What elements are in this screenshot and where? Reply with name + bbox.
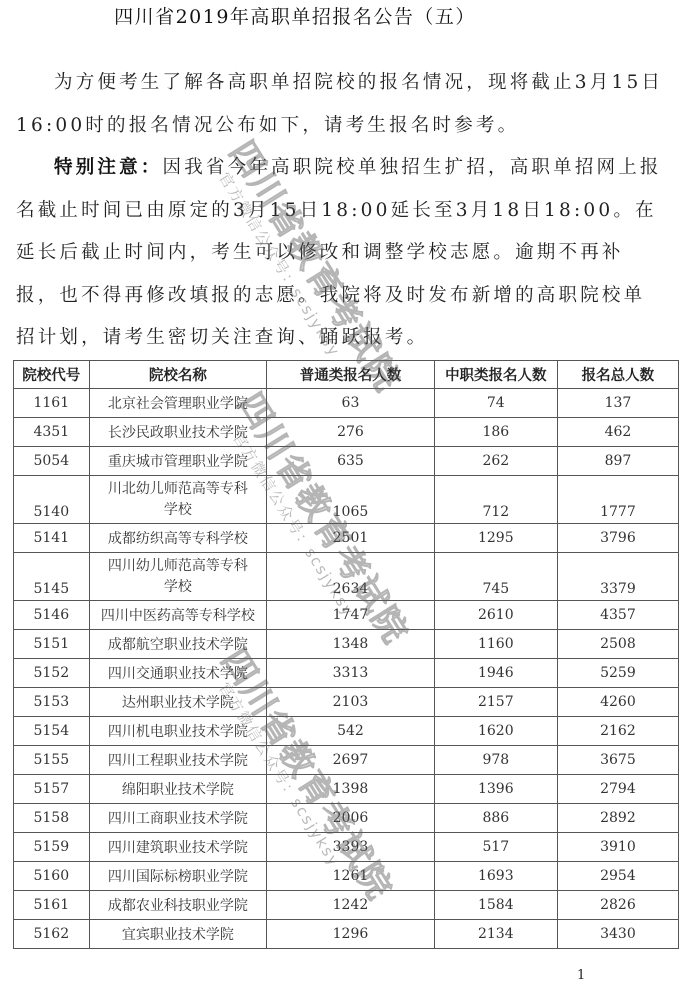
school-name-cell: 成都纺织高等专科学校 (89, 524, 267, 553)
general-count-cell: 1065 (267, 476, 435, 524)
total-count-cell: 137 (557, 389, 678, 418)
school-code-cell: 5160 (14, 862, 90, 891)
general-count-cell: 2006 (267, 804, 435, 833)
school-name-cell: 四川机电职业技术学院 (89, 717, 267, 746)
school-name-cell: 北京社会管理职业学院 (89, 389, 267, 418)
general-count-cell: 1398 (267, 775, 435, 804)
total-count-cell: 897 (557, 447, 678, 476)
table-row: 5153达州职业技术学院210321574260 (14, 688, 679, 717)
school-name-cell: 宜宾职业技术学院 (89, 920, 267, 949)
vocational-count-cell: 1160 (434, 630, 557, 659)
table-row: 5054重庆城市管理职业学院635262897 (14, 447, 679, 476)
school-code-cell: 5141 (14, 524, 90, 553)
vocational-count-cell: 2157 (434, 688, 557, 717)
school-code-cell: 5140 (14, 476, 90, 524)
general-count-cell: 3313 (267, 659, 435, 688)
document-title: 四川省2019年高职单招报名公告（五） (0, 4, 590, 30)
total-count-cell: 2162 (557, 717, 678, 746)
school-name-cell: 绵阳职业技术学院 (89, 775, 267, 804)
intro-paragraph: 为方便考生了解各高职单招院校的报名情况，现将截止3月15日16:00时的报名情况… (16, 62, 666, 147)
vocational-count-cell: 1946 (434, 659, 557, 688)
school-code-cell: 5151 (14, 630, 90, 659)
school-name-cell: 成都农业科技职业学院 (89, 891, 267, 920)
table-row: 1161北京社会管理职业学院6374137 (14, 389, 679, 418)
school-code-cell: 4351 (14, 418, 90, 447)
vocational-count-cell: 1620 (434, 717, 557, 746)
school-code-cell: 5159 (14, 833, 90, 862)
total-count-cell: 2508 (557, 630, 678, 659)
school-code-cell: 5154 (14, 717, 90, 746)
school-name-cell: 四川建筑职业技术学院 (89, 833, 267, 862)
special-notice-label: 特别注意： (54, 157, 163, 178)
table-row: 5145四川幼儿师范高等专科学校26347453379 (14, 553, 679, 601)
table-row: 5140川北幼儿师范高等专科学校10657121777 (14, 476, 679, 524)
total-count-cell: 2794 (557, 775, 678, 804)
general-count-cell: 1747 (267, 601, 435, 630)
total-count-cell: 4260 (557, 688, 678, 717)
school-name-cell: 成都航空职业技术学院 (89, 630, 267, 659)
header-vocational-count: 中职类报名人数 (434, 361, 557, 389)
school-name-cell: 川北幼儿师范高等专科学校 (89, 476, 267, 524)
general-count-cell: 1348 (267, 630, 435, 659)
school-code-cell: 5153 (14, 688, 90, 717)
general-count-cell: 635 (267, 447, 435, 476)
total-count-cell: 3379 (557, 553, 678, 601)
table-row: 5159四川建筑职业技术学院33935173910 (14, 833, 679, 862)
header-school-code: 院校代号 (14, 361, 90, 389)
school-code-cell: 5158 (14, 804, 90, 833)
header-general-count: 普通类报名人数 (267, 361, 435, 389)
vocational-count-cell: 886 (434, 804, 557, 833)
vocational-count-cell: 186 (434, 418, 557, 447)
table-row: 5146四川中医药高等专科学校174726104357 (14, 601, 679, 630)
general-count-cell: 2103 (267, 688, 435, 717)
general-count-cell: 1296 (267, 920, 435, 949)
school-code-cell: 5146 (14, 601, 90, 630)
total-count-cell: 1777 (557, 476, 678, 524)
special-notice-text: 因我省今年高职院校单独招生扩招，高职单招网上报名截止时间已由原定的3月15日18… (16, 157, 662, 348)
school-name-cell: 四川工程职业技术学院 (89, 746, 267, 775)
vocational-count-cell: 745 (434, 553, 557, 601)
school-name-cell: 四川中医药高等专科学校 (89, 601, 267, 630)
general-count-cell: 3393 (267, 833, 435, 862)
table-row: 5141成都纺织高等专科学校250112953796 (14, 524, 679, 553)
school-code-cell: 5155 (14, 746, 90, 775)
table-row: 5151成都航空职业技术学院134811602508 (14, 630, 679, 659)
school-name-cell: 四川交通职业技术学院 (89, 659, 267, 688)
table-row: 5158四川工商职业技术学院20068862892 (14, 804, 679, 833)
table-row: 4351长沙民政职业技术学院276186462 (14, 418, 679, 447)
general-count-cell: 1242 (267, 891, 435, 920)
school-name-cell: 重庆城市管理职业学院 (89, 447, 267, 476)
total-count-cell: 2954 (557, 862, 678, 891)
table-header-row: 院校代号 院校名称 普通类报名人数 中职类报名人数 报名总人数 (14, 361, 679, 389)
vocational-count-cell: 1693 (434, 862, 557, 891)
table-row: 5155四川工程职业技术学院26979783675 (14, 746, 679, 775)
general-count-cell: 2501 (267, 524, 435, 553)
general-count-cell: 2697 (267, 746, 435, 775)
table-row: 5161成都农业科技职业学院124215842826 (14, 891, 679, 920)
vocational-count-cell: 2134 (434, 920, 557, 949)
general-count-cell: 1261 (267, 862, 435, 891)
table-row: 5157绵阳职业技术学院139813962794 (14, 775, 679, 804)
vocational-count-cell: 262 (434, 447, 557, 476)
page-number: 1 (577, 968, 585, 983)
announcement-body: 为方便考生了解各高职单招院校的报名情况，现将截止3月15日16:00时的报名情况… (16, 62, 666, 360)
school-name-cell: 达州职业技术学院 (89, 688, 267, 717)
table-row: 5160四川国际标榜职业学院126116932954 (14, 862, 679, 891)
vocational-count-cell: 517 (434, 833, 557, 862)
general-count-cell: 63 (267, 389, 435, 418)
school-name-cell: 长沙民政职业技术学院 (89, 418, 267, 447)
special-notice-paragraph: 特别注意：因我省今年高职院校单独招生扩招，高职单招网上报名截止时间已由原定的3月… (16, 147, 666, 360)
total-count-cell: 3796 (557, 524, 678, 553)
table-row: 5162宜宾职业技术学院129621343430 (14, 920, 679, 949)
vocational-count-cell: 1396 (434, 775, 557, 804)
registration-table: 院校代号 院校名称 普通类报名人数 中职类报名人数 报名总人数 1161北京社会… (13, 360, 679, 949)
total-count-cell: 5259 (557, 659, 678, 688)
header-total-count: 报名总人数 (557, 361, 678, 389)
total-count-cell: 3675 (557, 746, 678, 775)
school-code-cell: 5162 (14, 920, 90, 949)
general-count-cell: 276 (267, 418, 435, 447)
total-count-cell: 4357 (557, 601, 678, 630)
total-count-cell: 3430 (557, 920, 678, 949)
total-count-cell: 2892 (557, 804, 678, 833)
vocational-count-cell: 2610 (434, 601, 557, 630)
total-count-cell: 462 (557, 418, 678, 447)
general-count-cell: 542 (267, 717, 435, 746)
school-name-cell: 四川幼儿师范高等专科学校 (89, 553, 267, 601)
table-row: 5154四川机电职业技术学院54216202162 (14, 717, 679, 746)
table-row: 5152四川交通职业技术学院331319465259 (14, 659, 679, 688)
total-count-cell: 3910 (557, 833, 678, 862)
vocational-count-cell: 1295 (434, 524, 557, 553)
vocational-count-cell: 712 (434, 476, 557, 524)
school-code-cell: 5054 (14, 447, 90, 476)
vocational-count-cell: 978 (434, 746, 557, 775)
school-name-cell: 四川国际标榜职业学院 (89, 862, 267, 891)
header-school-name: 院校名称 (89, 361, 267, 389)
school-code-cell: 5157 (14, 775, 90, 804)
school-code-cell: 1161 (14, 389, 90, 418)
school-name-cell: 四川工商职业技术学院 (89, 804, 267, 833)
vocational-count-cell: 1584 (434, 891, 557, 920)
school-code-cell: 5145 (14, 553, 90, 601)
school-code-cell: 5161 (14, 891, 90, 920)
general-count-cell: 2634 (267, 553, 435, 601)
vocational-count-cell: 74 (434, 389, 557, 418)
school-code-cell: 5152 (14, 659, 90, 688)
total-count-cell: 2826 (557, 891, 678, 920)
